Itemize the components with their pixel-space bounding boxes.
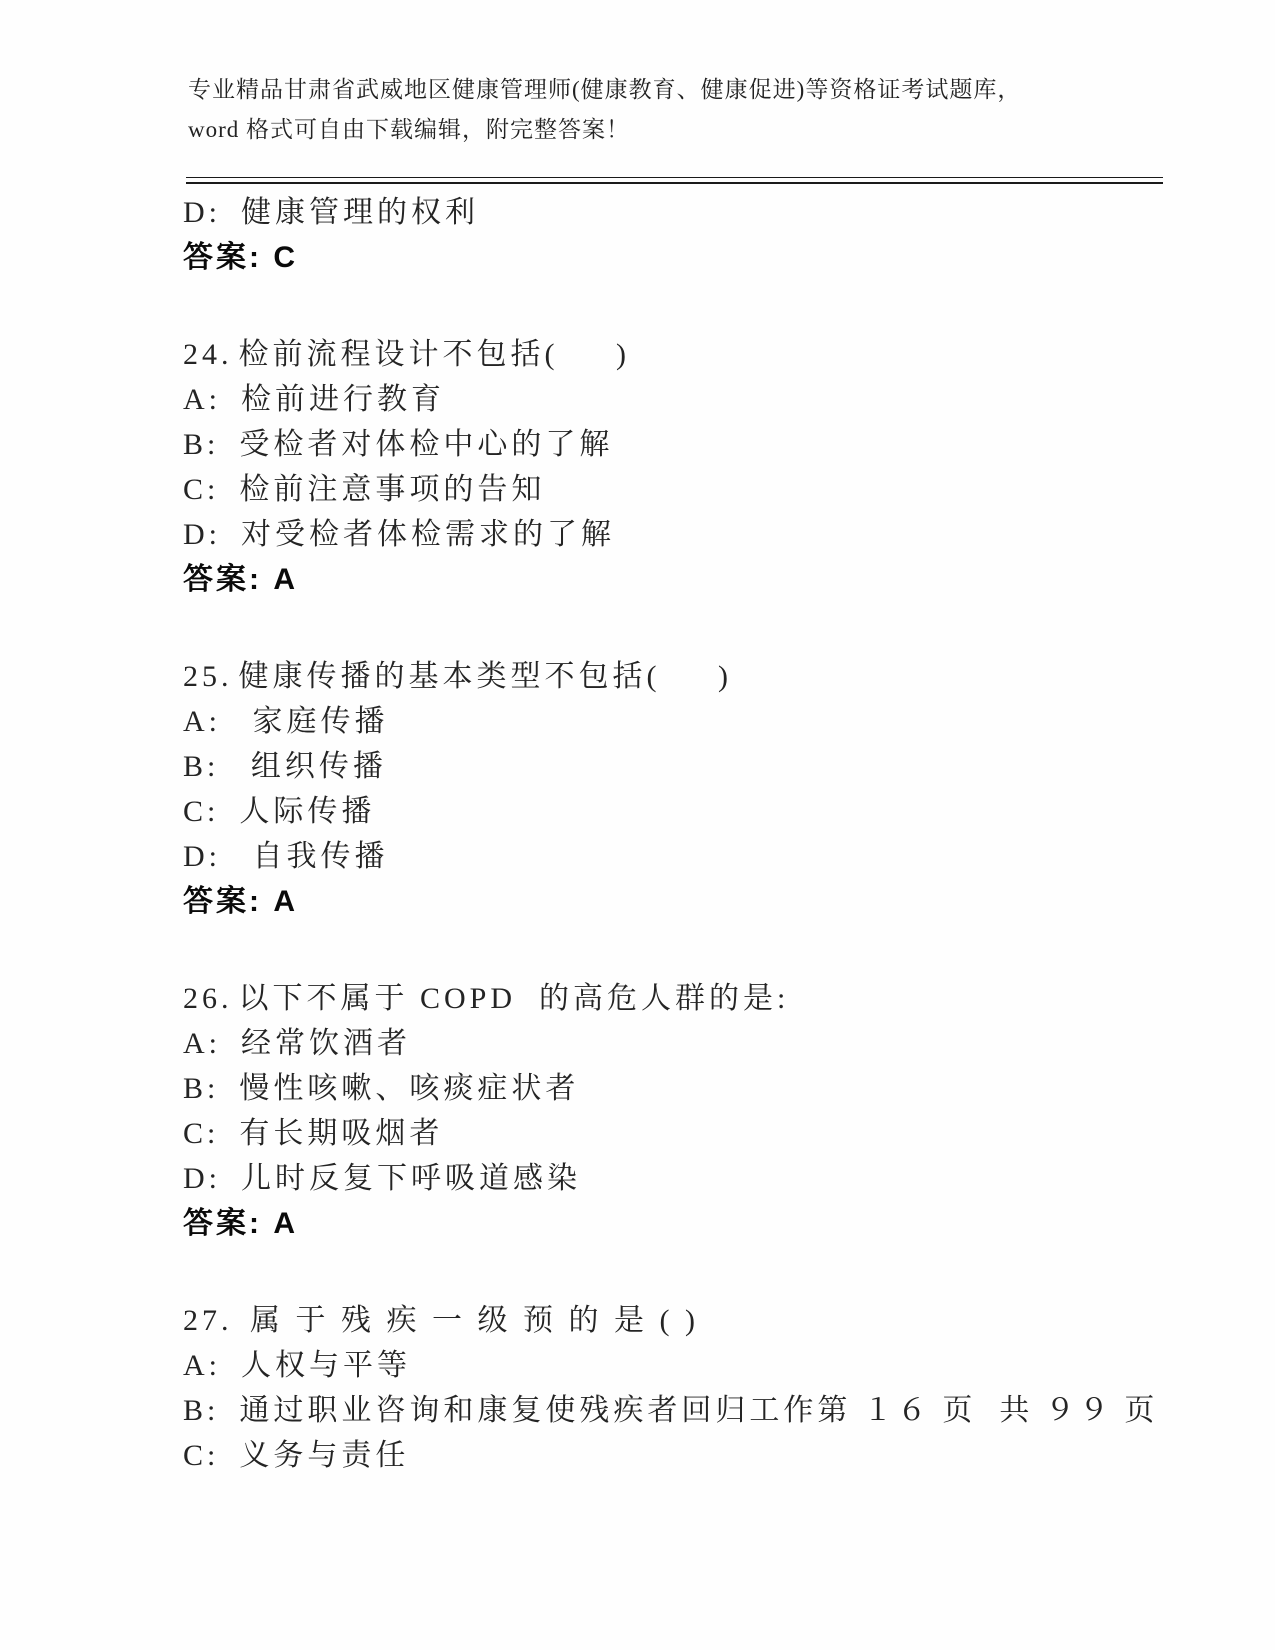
option-label: A: [183, 1349, 221, 1382]
option-line: D:儿时反复下呼吸道感染 [183, 1156, 1183, 1201]
option-line: A: 家庭传播 [183, 699, 1183, 744]
option-line: A:人权与平等 [183, 1343, 1183, 1388]
option-line: D: 自我传播 [183, 834, 1183, 879]
option-label: B: [183, 750, 219, 783]
option-line: C:有长期吸烟者 [183, 1111, 1183, 1156]
option-text: 健康管理的权利 [241, 196, 479, 229]
option-text: 人际传播 [239, 795, 375, 828]
option-text: 经常饮酒者 [241, 1027, 411, 1060]
question-title-line: 25.健康传播的基本类型不包括( ) [183, 654, 1183, 699]
question-block-25: 25.健康传播的基本类型不包括( ) A: 家庭传播 B: 组织传播 C:人际传… [183, 654, 1183, 924]
answer-line: 答案: A [183, 1201, 1183, 1246]
question-title-line: 27. 属 于 残 疾 一 级 预 的 是 ( ) [183, 1298, 1183, 1343]
question-number: 27. [183, 1304, 233, 1337]
option-line: B:通过职业咨询和康复使残疾者回归工作第 １６ 页 共 ９９ 页 [183, 1388, 1183, 1433]
option-label: A: [183, 1027, 221, 1060]
option-text: 受检者对体检中心的了解 [239, 428, 613, 461]
option-text: 有长期吸烟者 [239, 1117, 443, 1150]
question-title: 属 于 残 疾 一 级 预 的 是 ( ) [239, 1304, 699, 1337]
header-divider-rule [186, 177, 1163, 184]
option-label: D: [183, 840, 221, 873]
option-label: B: [183, 428, 219, 461]
question-number: 24. [183, 338, 233, 371]
option-text: 对受检者体检需求的了解 [241, 518, 615, 551]
page-header: 专业精品甘肃省武威地区健康管理师(健康教育、健康促进)等资格证考试题库， wor… [188, 70, 1173, 150]
option-line: D:对受检者体检需求的了解 [183, 512, 1183, 557]
question-block-27: 27. 属 于 残 疾 一 级 预 的 是 ( ) A:人权与平等 B:通过职业… [183, 1298, 1183, 1478]
option-text: 检前注意事项的告知 [239, 473, 545, 506]
option-text: 家庭传播 [241, 705, 389, 738]
option-label: B: [183, 1072, 219, 1105]
option-text: 组织传播 [239, 750, 387, 783]
question-block-24: 24.检前流程设计不包括( ) A:检前进行教育 B:受检者对体检中心的了解 C… [183, 332, 1183, 602]
option-line: C:检前注意事项的告知 [183, 467, 1183, 512]
question-title: 检前流程设计不包括( ) [239, 338, 630, 371]
option-text: 通过职业咨询和康复使残疾者回归工作第 １６ 页 共 ９９ 页 [239, 1394, 1158, 1427]
question-title-line: 26.以下不属于 COPD 的高危人群的是: [183, 976, 1183, 1021]
document-body: D:健康管理的权利 答案: C 24.检前流程设计不包括( ) A:检前进行教育… [183, 190, 1183, 1478]
option-text: 儿时反复下呼吸道感染 [241, 1162, 581, 1195]
option-line: D:健康管理的权利 [183, 190, 1183, 235]
option-label: C: [183, 1439, 219, 1472]
header-line-1: 专业精品甘肃省武威地区健康管理师(健康教育、健康促进)等资格证考试题库， [188, 70, 1173, 110]
question-number: 26. [183, 982, 233, 1015]
option-label: D: [183, 1162, 221, 1195]
question-title: 以下不属于 COPD 的高危人群的是: [239, 982, 790, 1015]
question-title: 健康传播的基本类型不包括( ) [239, 660, 732, 693]
option-text: 检前进行教育 [241, 383, 445, 416]
option-label: A: [183, 705, 221, 738]
answer-line: 答案: A [183, 879, 1183, 924]
header-line-2: word 格式可自由下载编辑，附完整答案！ [188, 110, 1173, 150]
option-label: C: [183, 473, 219, 506]
option-line: B: 组织传播 [183, 744, 1183, 789]
option-label: C: [183, 795, 219, 828]
option-text: 慢性咳嗽、咳痰症状者 [239, 1072, 579, 1105]
question-title-line: 24.检前流程设计不包括( ) [183, 332, 1183, 377]
option-line: A:经常饮酒者 [183, 1021, 1183, 1066]
option-text: 义务与责任 [239, 1439, 409, 1472]
option-label: D: [183, 518, 221, 551]
option-label: A: [183, 383, 221, 416]
option-label: C: [183, 1117, 219, 1150]
option-line: B:受检者对体检中心的了解 [183, 422, 1183, 467]
question-block-26: 26.以下不属于 COPD 的高危人群的是: A:经常饮酒者 B:慢性咳嗽、咳痰… [183, 976, 1183, 1246]
option-line: A:检前进行教育 [183, 377, 1183, 422]
document-page: 专业精品甘肃省武威地区健康管理师(健康教育、健康促进)等资格证考试题库， wor… [0, 0, 1275, 1650]
option-text: 人权与平等 [241, 1349, 411, 1382]
answer-line: 答案: A [183, 557, 1183, 602]
question-number: 25. [183, 660, 233, 693]
option-label: D: [183, 196, 221, 229]
option-line: B:慢性咳嗽、咳痰症状者 [183, 1066, 1183, 1111]
option-line: C:义务与责任 [183, 1433, 1183, 1478]
option-text: 自我传播 [241, 840, 389, 873]
option-line: C:人际传播 [183, 789, 1183, 834]
answer-line: 答案: C [183, 235, 1183, 280]
option-label: B: [183, 1394, 219, 1427]
